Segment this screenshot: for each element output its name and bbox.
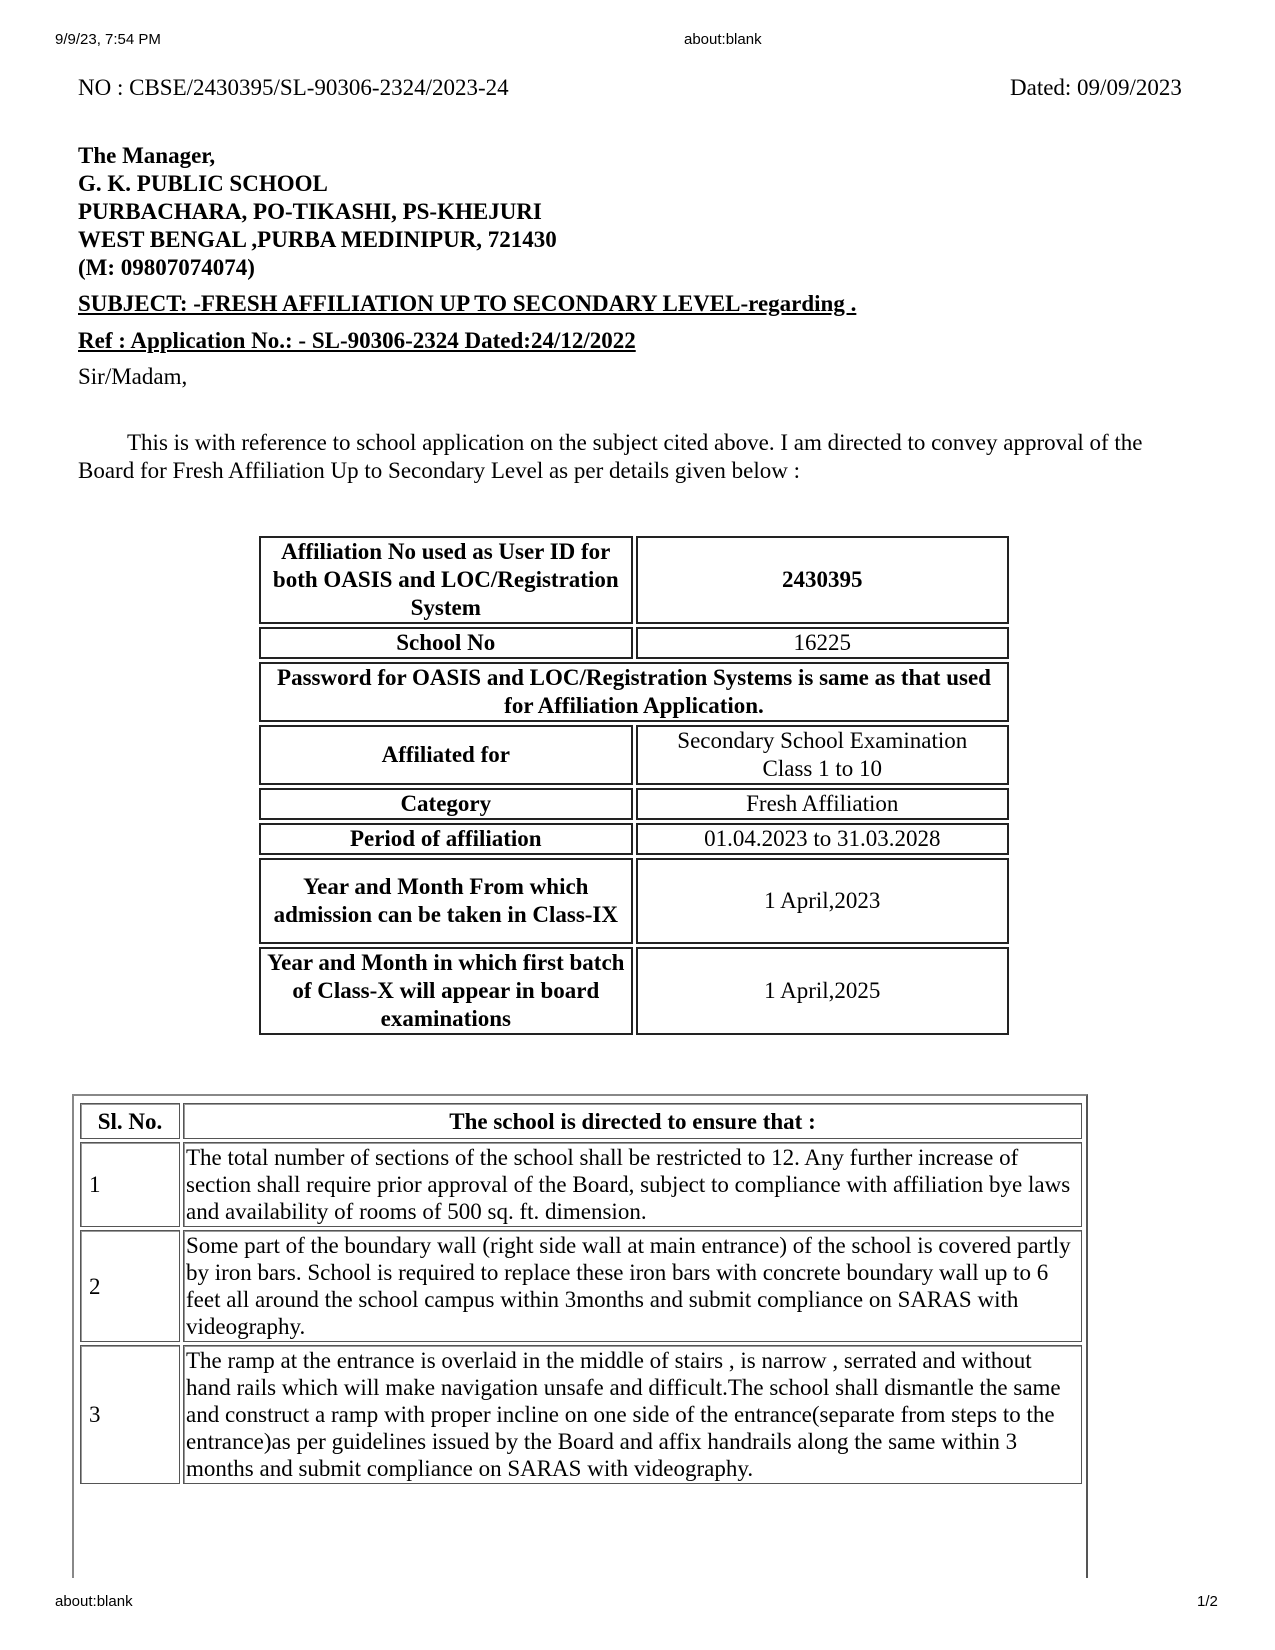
affiliated-for-classes: Class 1 to 10: [642, 755, 1003, 783]
admission-start-label: Year and Month From which admission can …: [259, 858, 633, 944]
letter-application-reference: Ref : Application No.: - SL-90306-2324 D…: [78, 328, 636, 354]
direction-text: The total number of sections of the scho…: [183, 1142, 1082, 1227]
address-line: G. K. PUBLIC SCHOOL: [78, 170, 557, 198]
letter-body: This is with reference to school applica…: [78, 429, 1194, 485]
affiliation-details-table: Affiliation No used as User ID for both …: [256, 533, 1012, 1038]
table-row: 1 The total number of sections of the sc…: [80, 1142, 1082, 1227]
direction-text: Some part of the boundary wall (right si…: [183, 1230, 1082, 1342]
affiliation-no-label: Affiliation No used as User ID for both …: [259, 536, 633, 624]
letter-salutation: Sir/Madam,: [78, 364, 187, 390]
affiliation-no-value: 2430395: [636, 536, 1009, 624]
print-timestamp: 9/9/23, 7:54 PM: [55, 31, 161, 48]
period-label: Period of affiliation: [259, 823, 633, 855]
direction-sl-no: 1: [80, 1142, 180, 1227]
letter-subject: SUBJECT: -FRESH AFFILIATION UP TO SECOND…: [78, 291, 856, 317]
school-no-label: School No: [259, 627, 633, 659]
address-line: The Manager,: [78, 142, 557, 170]
letter-date: Dated: 09/09/2023: [1010, 75, 1182, 101]
table-row: Affiliated for Secondary School Examinat…: [259, 725, 1009, 785]
directions-table: Sl. No. The school is directed to ensure…: [77, 1100, 1085, 1487]
address-line: (M: 09807074074): [78, 254, 557, 282]
affiliated-for-label: Affiliated for: [259, 725, 633, 785]
admission-start-value: 1 April,2023: [636, 858, 1009, 944]
recipient-address: The Manager, G. K. PUBLIC SCHOOL PURBACH…: [78, 142, 557, 282]
category-label: Category: [259, 788, 633, 820]
table-row: Password for OASIS and LOC/Registration …: [259, 662, 1009, 722]
print-footer-url: about:blank: [55, 1593, 133, 1610]
directions-table-frame: Sl. No. The school is directed to ensure…: [72, 1094, 1088, 1578]
print-page-url: about:blank: [684, 31, 762, 48]
first-batch-value: 1 April,2025: [636, 947, 1009, 1035]
affiliated-for-value: Secondary School Examination Class 1 to …: [636, 725, 1009, 785]
address-line: WEST BENGAL ,PURBA MEDINIPUR, 721430: [78, 226, 557, 254]
address-line: PURBACHARA, PO-TIKASHI, PS-KHEJURI: [78, 198, 557, 226]
password-note: Password for OASIS and LOC/Registration …: [259, 662, 1009, 722]
affiliated-for-exam: Secondary School Examination: [642, 727, 1003, 755]
category-value: Fresh Affiliation: [636, 788, 1009, 820]
table-row: Period of affiliation 01.04.2023 to 31.0…: [259, 823, 1009, 855]
directions-header: The school is directed to ensure that :: [183, 1103, 1082, 1139]
letter-reference-number: NO : CBSE/2430395/SL-90306-2324/2023-24: [78, 75, 509, 101]
table-row: Year and Month From which admission can …: [259, 858, 1009, 944]
first-batch-label: Year and Month in which first batch of C…: [259, 947, 633, 1035]
print-page-number: 1/2: [1197, 1593, 1218, 1610]
school-no-value: 16225: [636, 627, 1009, 659]
sl-no-header: Sl. No.: [80, 1103, 180, 1139]
table-row: Category Fresh Affiliation: [259, 788, 1009, 820]
table-row: 3 The ramp at the entrance is overlaid i…: [80, 1345, 1082, 1484]
period-value: 01.04.2023 to 31.03.2028: [636, 823, 1009, 855]
table-row: Affiliation No used as User ID for both …: [259, 536, 1009, 624]
table-row: Year and Month in which first batch of C…: [259, 947, 1009, 1035]
direction-text: The ramp at the entrance is overlaid in …: [183, 1345, 1082, 1484]
table-row: School No 16225: [259, 627, 1009, 659]
table-header-row: Sl. No. The school is directed to ensure…: [80, 1103, 1082, 1139]
direction-sl-no: 3: [80, 1345, 180, 1484]
table-row: 2 Some part of the boundary wall (right …: [80, 1230, 1082, 1342]
direction-sl-no: 2: [80, 1230, 180, 1342]
